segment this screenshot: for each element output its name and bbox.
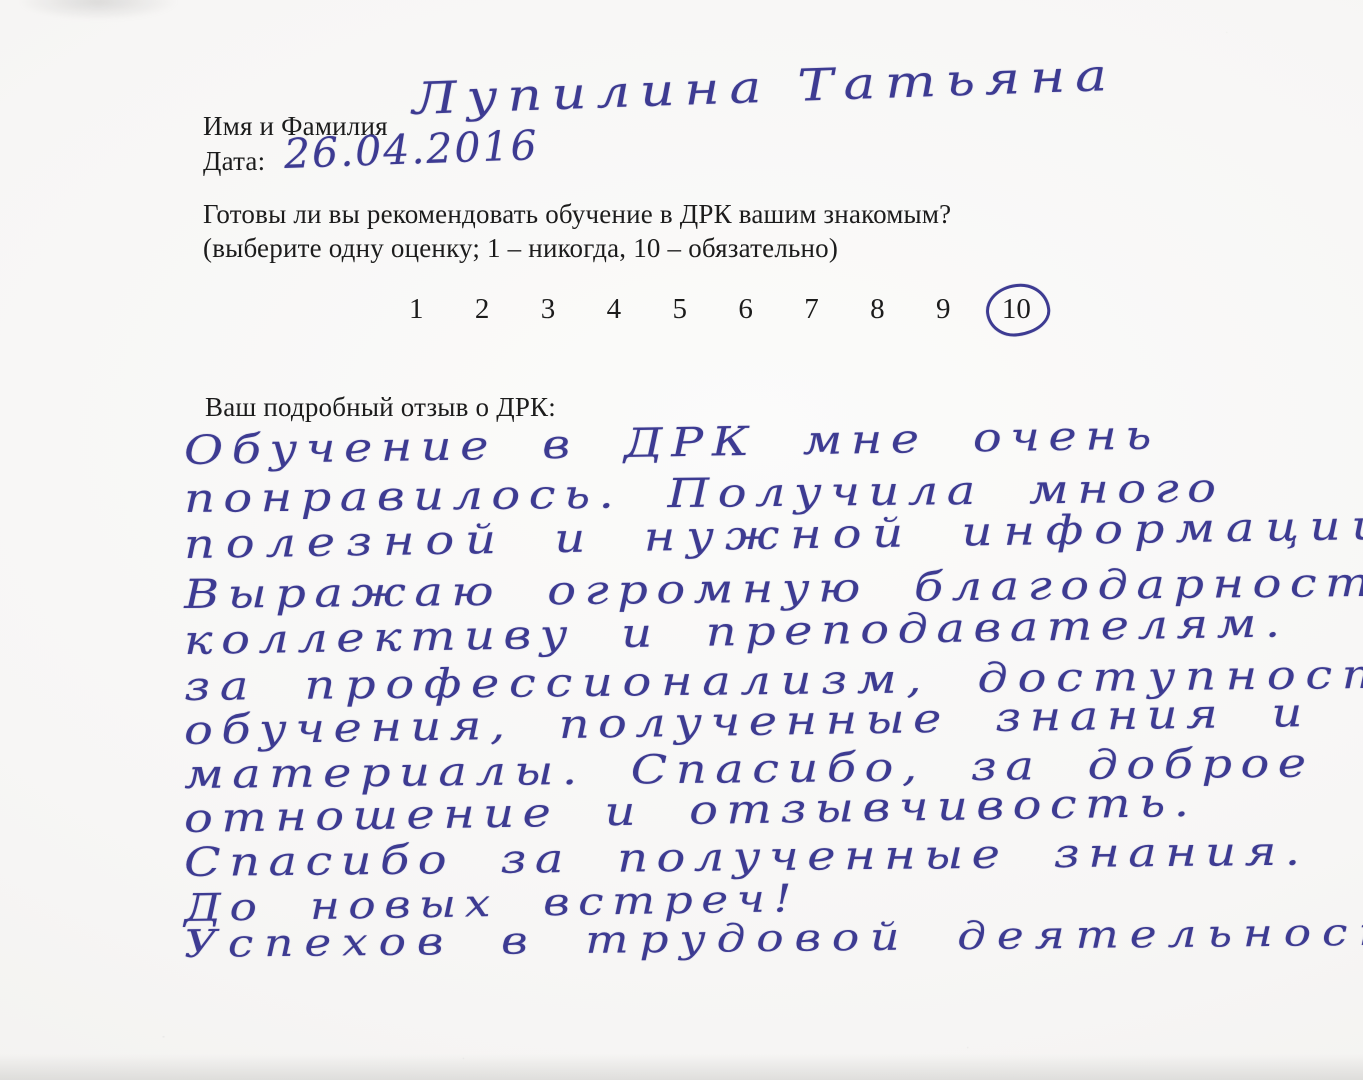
scale-option: 3 (538, 293, 559, 326)
scale-option: 5 (670, 293, 691, 326)
scanned-feedback-form: Имя и Фамилия Лупилина Татьяна Дата: 26.… (0, 0, 1363, 1080)
scale-option: 9 (933, 293, 954, 326)
question-text: Готовы ли вы рекомендовать обучение в ДР… (203, 199, 951, 230)
date-value-handwriting: 26.04.2016 (283, 121, 539, 178)
rating-scale: 1 2 3 4 5 6 7 8 9 10 (406, 287, 1034, 331)
scale-option: 8 (867, 293, 888, 326)
date-label: Дата: (203, 146, 265, 177)
scale-option: 2 (472, 293, 493, 326)
scale-option: 1 (406, 293, 427, 326)
scale-option: 7 (801, 293, 822, 326)
name-value-handwriting: Лупилина Татьяна (411, 50, 1118, 125)
scale-option: 4 (604, 293, 625, 326)
scale-option: 6 (735, 293, 756, 326)
scale-option-selected-circle: 10 (999, 293, 1034, 326)
question-hint: (выберите одну оценку; 1 – никогда, 10 –… (203, 233, 838, 264)
review-label: Ваш подробный отзыв о ДРК: (205, 392, 556, 423)
scan-bottom-shadow (0, 1054, 1363, 1080)
scan-smudge-artifact (22, 0, 212, 20)
